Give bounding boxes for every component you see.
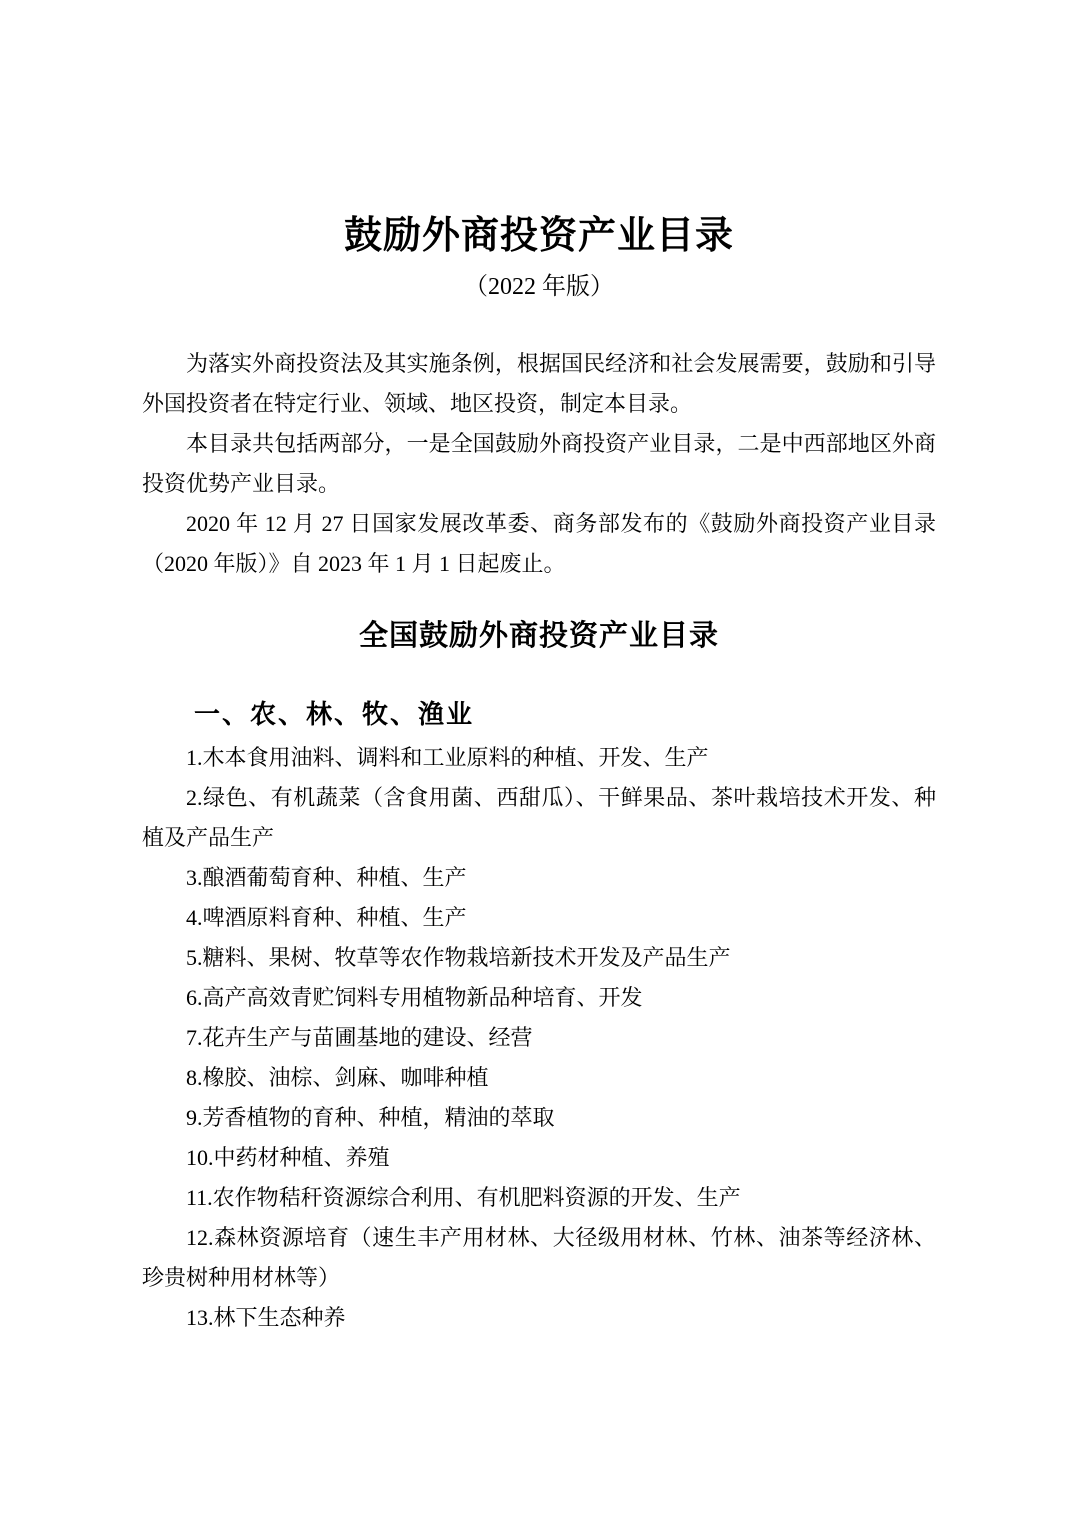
catalog-item-3: 3.酿酒葡萄育种、种植、生产	[142, 858, 936, 898]
intro-paragraph-2: 本目录共包括两部分，一是全国鼓励外商投资产业目录，二是中西部地区外商投资优势产业…	[142, 424, 936, 504]
chapter-heading: 一、农、林、牧、渔业	[194, 698, 936, 730]
catalog-item-9: 9.芳香植物的育种、种植，精油的萃取	[142, 1098, 936, 1138]
catalog-item-12: 12.森林资源培育（速生丰产用材林、大径级用材林、竹林、油茶等经济林、珍贵树种用…	[142, 1218, 936, 1298]
catalog-item-6: 6.高产高效青贮饲料专用植物新品种培育、开发	[142, 978, 936, 1018]
catalog-item-13: 13.林下生态种养	[142, 1298, 936, 1338]
doc-title: 鼓励外商投资产业目录	[142, 213, 936, 259]
document-page: 鼓励外商投资产业目录 （2022 年版） 为落实外商投资法及其实施条例，根据国民…	[0, 0, 1074, 1520]
catalog-item-8: 8.橡胶、油棕、剑麻、咖啡种植	[142, 1058, 936, 1098]
catalog-item-1: 1.木本食用油料、调料和工业原料的种植、开发、生产	[142, 738, 936, 778]
catalog-item-7: 7.花卉生产与苗圃基地的建设、经营	[142, 1018, 936, 1058]
catalog-item-5: 5.糖料、果树、牧草等农作物栽培新技术开发及产品生产	[142, 938, 936, 978]
catalog-item-4: 4.啤酒原料育种、种植、生产	[142, 898, 936, 938]
doc-subtitle: （2022 年版）	[142, 272, 936, 302]
catalog-item-11: 11.农作物秸秆资源综合利用、有机肥料资源的开发、生产	[142, 1178, 936, 1218]
catalog-item-list: 1.木本食用油料、调料和工业原料的种植、开发、生产 2.绿色、有机蔬菜（含食用菌…	[142, 738, 936, 1338]
intro-paragraph-3: 2020 年 12 月 27 日国家发展改革委、商务部发布的《鼓励外商投资产业目…	[142, 504, 936, 584]
intro-section: 为落实外商投资法及其实施条例，根据国民经济和社会发展需要，鼓励和引导外国投资者在…	[142, 344, 936, 584]
section-heading: 全国鼓励外商投资产业目录	[142, 618, 936, 654]
catalog-item-2: 2.绿色、有机蔬菜（含食用菌、西甜瓜）、干鲜果品、茶叶栽培技术开发、种植及产品生…	[142, 778, 936, 858]
catalog-item-10: 10.中药材种植、养殖	[142, 1138, 936, 1178]
intro-paragraph-1: 为落实外商投资法及其实施条例，根据国民经济和社会发展需要，鼓励和引导外国投资者在…	[142, 344, 936, 424]
